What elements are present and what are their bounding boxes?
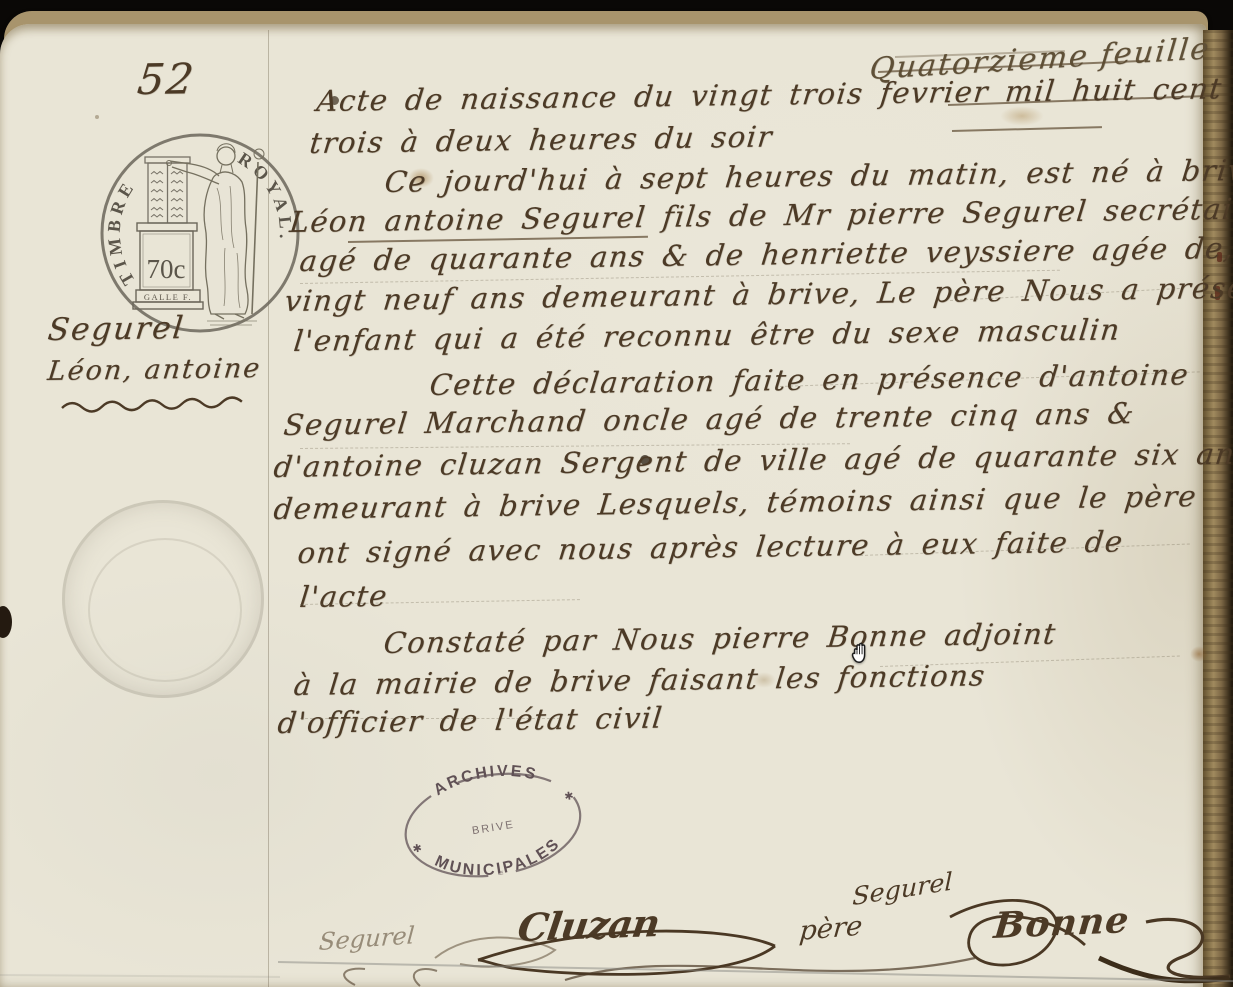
manuscript-line: d'officier de l'état civil: [276, 701, 665, 740]
stamp-engraver: GALLE F.: [144, 292, 192, 302]
document-viewer[interactable]: 52 Quatorzieme feuille TIMBRE ROYAL.: [0, 0, 1233, 987]
archives-stamp-middle: BRIVE: [471, 819, 515, 838]
flourish-bottom: [325, 965, 455, 987]
timbre-royal-stamp: TIMBRE ROYAL. 70c GALLE F.: [95, 128, 307, 340]
archives-stamp-flourish: ≡: [496, 868, 504, 878]
margin-note-wavy-underline: [58, 395, 268, 417]
hand-cursor: [845, 638, 877, 670]
paper-stain: [1000, 106, 1044, 126]
manuscript-line: trois à deux heures du soir: [308, 120, 775, 160]
archives-stamp-star-left: ✱: [412, 841, 423, 855]
signature-officer: Bonne: [992, 899, 1131, 947]
archives-stamp-star-right: ✱: [563, 789, 574, 803]
blind-stamp-watermark-inner: [88, 538, 242, 682]
margin-note-surname: Segurel: [46, 310, 187, 348]
page-number: 52: [135, 54, 198, 104]
guide-line: [300, 718, 560, 719]
signature-father-suffix: père: [798, 911, 864, 947]
stamp-denomination: 70c: [147, 254, 186, 284]
margin-note-firstnames: Léon, antoine: [46, 353, 263, 387]
stamp-tablet: [145, 157, 190, 223]
paper-stain: [1190, 646, 1208, 662]
manuscript-line: l'acte: [298, 579, 390, 614]
speck: [95, 115, 99, 119]
